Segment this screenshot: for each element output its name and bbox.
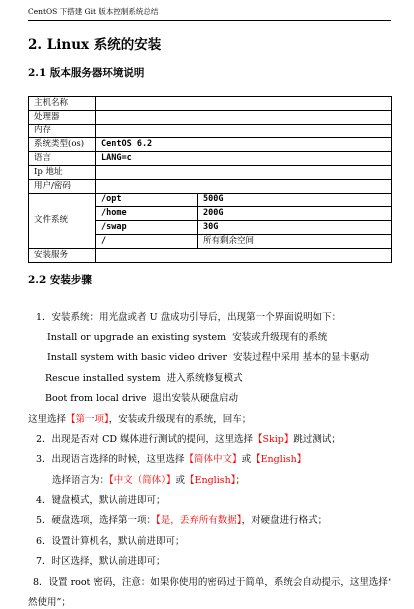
step-text: Rescue installed system 进入系统修复模式: [45, 373, 243, 384]
step-text: 这里选择: [28, 414, 66, 425]
table-row: 用户/密码: [29, 179, 392, 193]
mount-size-cell: 所有剩余空间: [198, 234, 392, 248]
highlight-red: 【中文（简体）】: [109, 475, 176, 486]
mount-size-cell: 500G: [198, 193, 392, 207]
table-label-cell: 处理器: [29, 110, 96, 124]
table-label-cell: 系统类型(os): [29, 138, 96, 152]
step-text: 然使用”；: [28, 597, 71, 608]
highlight-red: 【是，丢弃所有数据】: [156, 515, 242, 526]
mount-path-cell: /: [96, 234, 198, 248]
highlight-red: 【English】: [251, 454, 306, 465]
env-table: 主机名称 处理器 内存 系统类型(os) CentOS 6.2 语言 LANG=…: [28, 96, 392, 263]
step-line-choice: 这里选择【第一项】，安装或升级现有的系统，回车；: [28, 410, 391, 430]
step-text: 或: [242, 454, 252, 465]
step-line-1: 1．安装系统：用光盘或者 U 盘成功引导后，出现第一个界面说明如下：: [28, 308, 391, 328]
table-label-cell: Ip 地址: [29, 165, 96, 179]
table-value-cell: [96, 124, 392, 138]
mount-size-cell: 200G: [198, 207, 392, 221]
step-line-8-wrap: 然使用”；: [28, 593, 391, 609]
step-text: ，安装或升级现有的系统，回车；: [109, 414, 252, 425]
step-text: 3．出现语言选择的时候，这里选择: [36, 454, 185, 465]
step-text: Boot from local drive 退出安装从硬盘启动: [45, 393, 238, 404]
highlight-red: 【简体中文】: [185, 454, 242, 465]
table-label-cell: 用户/密码: [29, 179, 96, 193]
table-row: 内存: [29, 124, 392, 138]
table-row: 系统类型(os) CentOS 6.2: [29, 138, 392, 152]
step-line-7: 7．时区选择，默认前进即可；: [28, 552, 391, 572]
table-label-cell: 内存: [29, 124, 96, 138]
section-heading-linux-install: 2. Linux 系统的安装: [28, 37, 391, 53]
table-label-cell: 主机名称: [29, 97, 96, 111]
mount-path-cell: /home: [96, 207, 198, 221]
step-text: 4．键盘模式，默认前进即可；: [36, 495, 166, 506]
step-text: 1．安装系统：用光盘或者 U 盘成功引导后，出现第一个界面说明如下：: [36, 312, 341, 323]
step-line-option-3: Rescue installed system 进入系统修复模式: [28, 369, 391, 389]
mount-path-cell: /opt: [96, 193, 198, 207]
table-label-cell: 文件系统: [29, 193, 96, 248]
table-value-cell: [96, 248, 392, 262]
step-line-3: 3．出现语言选择的时候，这里选择【简体中文】或【English】: [28, 450, 391, 470]
highlight-red: 【第一项】: [66, 414, 109, 425]
table-row-filesystem: 文件系统 /opt 500G: [29, 193, 392, 207]
mount-size-cell: 30G: [198, 221, 392, 235]
table-value-cell: [96, 165, 392, 179]
page-header-title: CentOS 下搭建 Git 版本控制系统总结: [28, 7, 158, 16]
table-value-cell: [96, 110, 392, 124]
highlight-red: 【Skip】: [253, 434, 293, 445]
step-text: 或: [176, 475, 186, 486]
table-label-cell: 语言: [29, 152, 96, 166]
step-line-6: 6．设置计算机名，默认前进即可；: [28, 532, 391, 552]
step-text: 选择语言为：: [52, 475, 109, 486]
step-line-option-4: Boot from local drive 退出安装从硬盘启动: [28, 389, 391, 409]
table-row: Ip 地址: [29, 165, 392, 179]
page-header: CentOS 下搭建 Git 版本控制系统总结: [28, 7, 391, 21]
table-row: 处理器: [29, 110, 392, 124]
document-page: CentOS 下搭建 Git 版本控制系统总结 2. Linux 系统的安装 2…: [0, 0, 414, 609]
step-line-2: 2．出现是否对 CD 媒体进行测试的提问，这里选择【Skip】跳过测试；: [28, 430, 391, 450]
step-line-option-1: Install or upgrade an existing system 安装…: [28, 328, 391, 348]
mount-path-cell: /swap: [96, 221, 198, 235]
step-text: 8．设置 root 密码，注意：如果你使用的密码过于简单，系统会自动提示，这里选…: [33, 577, 391, 588]
step-text: 2．出现是否对 CD 媒体进行测试的提问，这里选择: [36, 434, 253, 445]
subsection-heading-env: 2.1 版本服务器环境说明: [28, 67, 391, 80]
step-line-4: 4．键盘模式，默认前进即可；: [28, 491, 391, 511]
step-line-3-sub: 选择语言为：【中文（简体）】或【English】；: [28, 471, 391, 491]
step-line-8: 8．设置 root 密码，注意：如果你使用的密码过于简单，系统会自动提示，这里选…: [28, 573, 391, 593]
table-label-cell: 安装服务: [29, 248, 96, 262]
step-text: 跳过测试；: [293, 434, 341, 445]
step-text: 5．硬盘选项，选择第一项：: [36, 515, 156, 526]
step-text: 6．设置计算机名，默认前进即可；: [36, 536, 185, 547]
step-text: 7．时区选择，默认前进即可；: [36, 556, 166, 567]
step-text: ，对硬盘进行格式；: [242, 515, 328, 526]
install-steps: 1．安装系统：用光盘或者 U 盘成功引导后，出现第一个界面说明如下： Insta…: [28, 308, 391, 609]
table-row: 语言 LANG=c: [29, 152, 392, 166]
table-row: 主机名称: [29, 97, 392, 111]
table-row: 安装服务: [29, 248, 392, 262]
step-text: Install or upgrade an existing system 安装…: [47, 332, 327, 343]
step-line-5: 5．硬盘选项，选择第一项：【是，丢弃所有数据】，对硬盘进行格式；: [28, 511, 391, 531]
table-value-cell: CentOS 6.2: [96, 138, 392, 152]
subsection-heading-steps: 2.2 安装步骤: [28, 274, 391, 287]
step-text: Install system with basic video driver 安…: [47, 352, 369, 363]
step-line-option-2: Install system with basic video driver 安…: [28, 348, 391, 368]
table-value-cell: LANG=c: [96, 152, 392, 166]
table-value-cell: [96, 179, 392, 193]
step-text: ；: [236, 475, 246, 486]
highlight-red: 【English】: [185, 475, 235, 486]
table-value-cell: [96, 97, 392, 111]
